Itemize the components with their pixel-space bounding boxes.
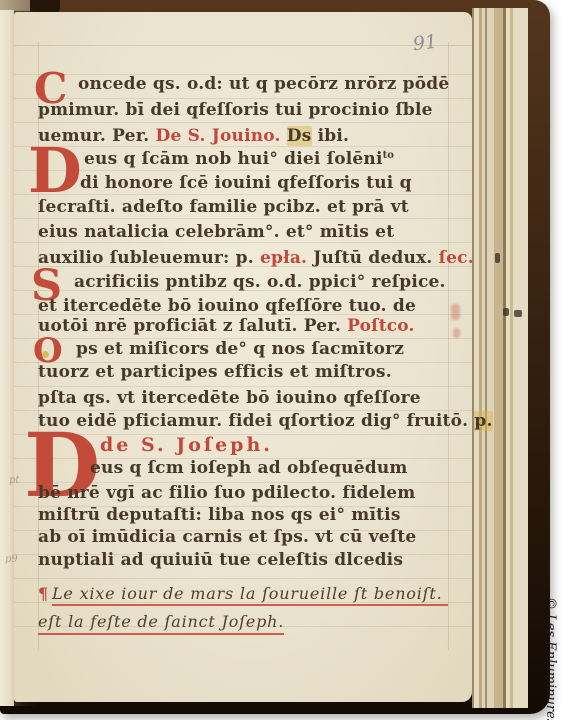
rubric-text: de S. Joſeph. (100, 434, 273, 456)
line-text: tuo eidē pficiamur. fidei qſortioz dig° … (38, 411, 474, 431)
line-text: pſta qs. vt itercedēte bō iouino qfeſſor… (38, 388, 421, 408)
rubric-saint-jouino: De S. Jouino. (156, 126, 287, 146)
rubric-saint-joseph: de S. Joſeph. (100, 436, 273, 455)
line-text: eus q ſcm ioſeph ad obſequēdum (90, 458, 408, 478)
line-text: oncede qs. o.d: ut q pecōrz nrōrz pōdē (78, 74, 449, 94)
line-text: et itercedēte bō iouino qfeſſōre tuo. de (38, 296, 416, 316)
rubric-secreta: ſec. (439, 248, 474, 268)
line-text-underlined: eſt la feſte de ſainct Joſeph. (38, 612, 284, 635)
line-text: uotōi nrē proficiāt z ſalutī. Per. (38, 316, 347, 336)
line-text: ſecraſti. adeſto familie pcibz. et prā v… (38, 197, 409, 217)
rubric-epistola: epła. (260, 248, 313, 268)
ruling-right-margin-line (448, 42, 449, 650)
manuscript-photo: 91 C D S O D oncede qs. o.d: ut q pecōrz… (0, 0, 574, 720)
manuscript-line: tuorz et participes efficis et miſtros. (38, 364, 392, 381)
line-text-washed: Ds (287, 126, 312, 146)
line-text: uemur. Per. (38, 126, 156, 146)
manuscript-line: nuptiali ad quiuiū tue celeſtis dlcedis (38, 552, 403, 569)
line-text: tuorz et participes efficis et miſtros. (38, 362, 392, 382)
margin-mark: pt (9, 476, 19, 486)
line-text-washed: p. (474, 411, 492, 431)
fore-edge-speck (514, 310, 522, 317)
ink-showthrough (451, 304, 460, 320)
line-text: eius natalicia celebrām°. et° mītis et (38, 222, 394, 242)
manuscript-line: ps et miſicors de° q nos ſacmītorz (76, 341, 404, 358)
credit-text: © Les Enluminures (543, 597, 557, 720)
french-addition-line: eſt la feſte de ſainct Joſeph. (38, 614, 284, 630)
margin-mark: p9 (5, 555, 18, 565)
manuscript-page: 91 C D S O D oncede qs. o.d: ut q pecōrz… (14, 12, 472, 702)
paragraph-mark: ¶ (38, 584, 49, 603)
line-text: nuptiali ad quiuiū tue celeſtis dlcedis (38, 550, 403, 570)
line-text: ps et miſicors de° q nos ſacmītorz (76, 339, 404, 359)
manuscript-line: auxilio ſubleuemur: p. epła. Juſtū dedux… (38, 250, 474, 267)
line-text: ab oī imūdicia carnis et ſps. vt cū veſt… (38, 527, 416, 547)
manuscript-line: uemur. Per. De S. Jouino. Ds ibi. (38, 128, 349, 145)
french-addition-line: ¶Le xixe iour de mars la ſourueille ſt b… (38, 586, 448, 606)
fore-edge-speck (503, 308, 509, 316)
line-text: eus q ſcām nob hui° diei ſolēni (84, 149, 383, 169)
folio-number: 91 (412, 33, 438, 55)
line-text: miſtrū deputaſti: liba nos qs ei° mītis (38, 505, 401, 525)
line-text: acrificiis pntibz qs. o.d. ppici° reſpic… (74, 272, 446, 292)
manuscript-line: eius natalicia celebrām°. et° mītis et (38, 224, 394, 241)
line-text: auxilio ſubleuemur: p. (38, 248, 260, 268)
book-fore-edge (472, 8, 528, 708)
manuscript-line: oncede qs. o.d: ut q pecōrz nrōrz pōdē (78, 76, 449, 93)
manuscript-line: ab oī imūdicia carnis et ſps. vt cū veſt… (38, 529, 416, 546)
fore-edge-speck (495, 253, 500, 263)
line-text: ibi. (312, 126, 350, 146)
initial-o-yellow-dot (42, 351, 49, 358)
superscript-abbreviation: to (383, 150, 394, 161)
line-text: bē nrē vgī ac filio ſuo pdilecto. fidele… (38, 483, 416, 503)
rubric-postcommunio: Poſtco. (347, 316, 415, 336)
manuscript-line: eus q ſcām nob hui° diei ſolēnito (84, 151, 394, 168)
line-text: di honore ſcē iouini qfeſſoris tui q (80, 173, 412, 193)
ink-showthrough (453, 328, 460, 338)
illuminated-initial-d: D (28, 146, 82, 196)
manuscript-line: uotōi nrē proficiāt z ſalutī. Per. Poſtc… (38, 318, 415, 335)
manuscript-line: ſecraſti. adeſto familie pcibz. et prā v… (38, 199, 409, 216)
manuscript-line: pſta qs. vt itercedēte bō iouino qfeſſor… (38, 390, 421, 407)
manuscript-line: di honore ſcē iouini qfeſſoris tui q (80, 175, 412, 192)
manuscript-line: miſtrū deputaſti: liba nos qs ei° mītis (38, 507, 401, 524)
manuscript-line: eus q ſcm ioſeph ad obſequēdum (90, 460, 408, 477)
facing-page-edge (0, 10, 14, 706)
manuscript-line: bē nrē vgī ac filio ſuo pdilecto. fidele… (38, 485, 416, 502)
line-text: pmimur. bī dei qfeſſoris tui procinio ſb… (38, 100, 433, 120)
manuscript-line: tuo eidē pficiamur. fidei qſortioz dig° … (38, 413, 493, 430)
manuscript-line: acrificiis pntibz qs. o.d. ppici° reſpic… (74, 274, 446, 291)
manuscript-line: pmimur. bī dei qfeſſoris tui procinio ſb… (38, 102, 433, 119)
manuscript-line: et itercedēte bō iouino qfeſſōre tuo. de (38, 298, 416, 315)
line-text-underlined: Le xixe iour de mars la ſourueille ſt be… (52, 586, 448, 606)
ruling-top-line (14, 45, 472, 46)
line-text: Juſtū dedux. (313, 248, 438, 268)
